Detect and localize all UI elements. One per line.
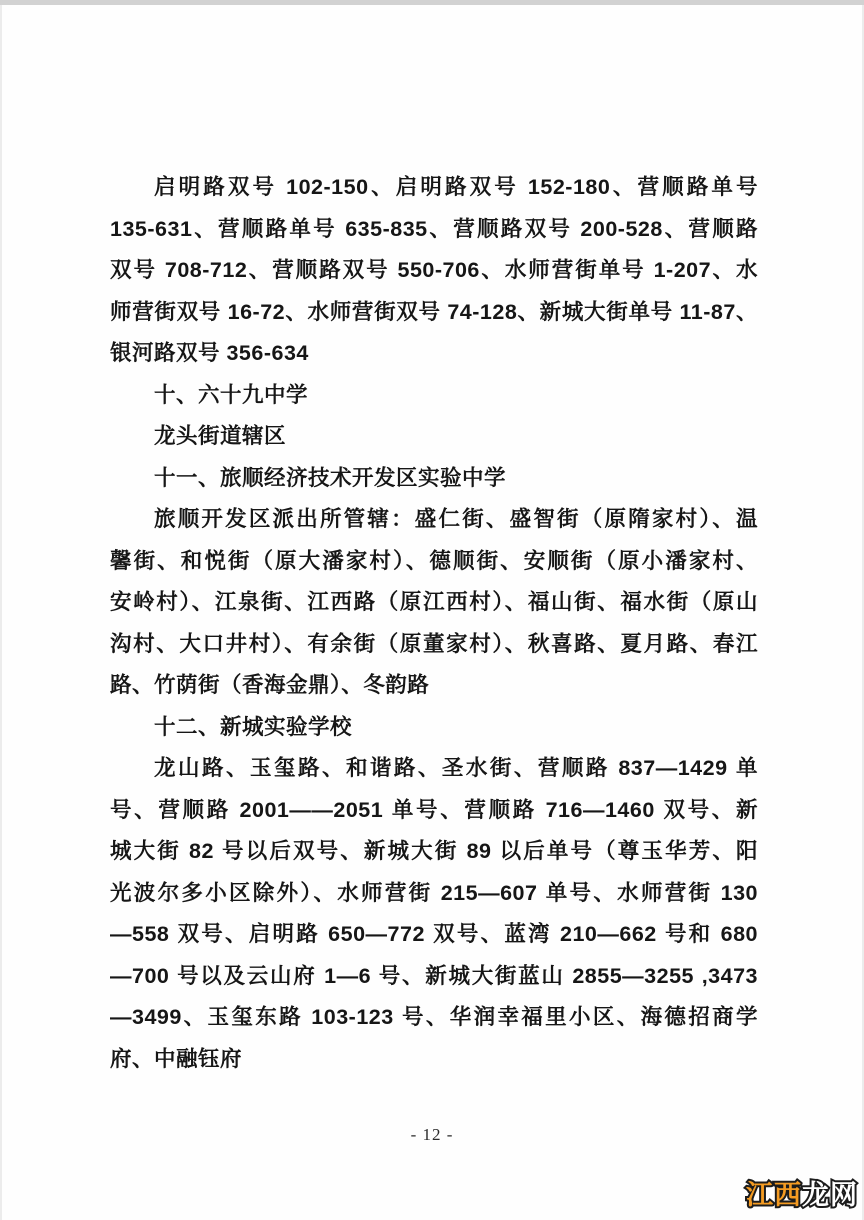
watermark-text-part1: 江西 — [746, 1180, 802, 1210]
page-top-edge — [0, 0, 864, 5]
text-line: 银河路双号 356-634 — [110, 333, 758, 375]
text-line: 安岭村）、江泉街、江西路（原江西村）、福山街、福水街（原山 — [110, 582, 758, 624]
text-line: 旅顺开发区派出所管辖：盛仁街、盛智街（原隋家村）、温 — [110, 499, 758, 541]
section-heading: 十、六十九中学 — [110, 375, 758, 417]
text-line: —700 号以及云山府 1—6 号、新城大街蓝山 2855—3255 ,3473 — [110, 956, 758, 998]
text-line: 双号 708-712、营顺路双号 550-706、水师营街单号 1-207、水 — [110, 250, 758, 292]
watermark-jiangxilongwang: 江西龙网 — [746, 1173, 858, 1212]
text-line: 光波尔多小区除外）、水师营街 215—607 单号、水师营街 130 — [110, 873, 758, 915]
text-line: 龙头街道辖区 — [110, 416, 758, 458]
text-line: 城大街 82 号以后双号、新城大街 89 以后单号（尊玉华芳、阳 — [110, 831, 758, 873]
text-line: 135-631、营顺路单号 635-835、营顺路双号 200-528、营顺路 — [110, 209, 758, 251]
section-heading: 十二、新城实验学校 — [110, 707, 758, 749]
page-number: - 12 - — [411, 1125, 454, 1144]
text-line: —558 双号、启明路 650—772 双号、蓝湾 210—662 号和 680 — [110, 914, 758, 956]
text-line: 号、营顺路 2001——2051 单号、营顺路 716—1460 双号、新 — [110, 790, 758, 832]
watermark-text-part2: 龙网 — [802, 1180, 858, 1210]
document-page: 启明路双号 102-150、启明路双号 152-180、营顺路单号 135-63… — [0, 0, 864, 1220]
document-body: 启明路双号 102-150、启明路双号 152-180、营顺路单号 135-63… — [110, 167, 758, 1080]
text-line: 府、中融钰府 — [110, 1039, 758, 1081]
section-heading: 十一、旅顺经济技术开发区实验中学 — [110, 458, 758, 500]
text-line: 师营街双号 16-72、水师营街双号 74-128、新城大街单号 11-87、 — [110, 292, 758, 334]
text-line: 路、竹荫街（香海金鼎）、冬韵路 — [110, 665, 758, 707]
text-line: 启明路双号 102-150、启明路双号 152-180、营顺路单号 — [110, 167, 758, 209]
page-footer: - 12 - — [0, 1125, 864, 1145]
text-line: 沟村、大口井村）、有余街（原董家村）、秋喜路、夏月路、春江 — [110, 624, 758, 666]
text-line: —3499、玉玺东路 103-123 号、华润幸福里小区、海德招商学 — [110, 997, 758, 1039]
page-left-edge — [0, 5, 2, 1220]
text-line: 龙山路、玉玺路、和谐路、圣水街、营顺路 837—1429 单 — [110, 748, 758, 790]
text-line: 馨街、和悦街（原大潘家村）、德顺街、安顺街（原小潘家村、 — [110, 541, 758, 583]
